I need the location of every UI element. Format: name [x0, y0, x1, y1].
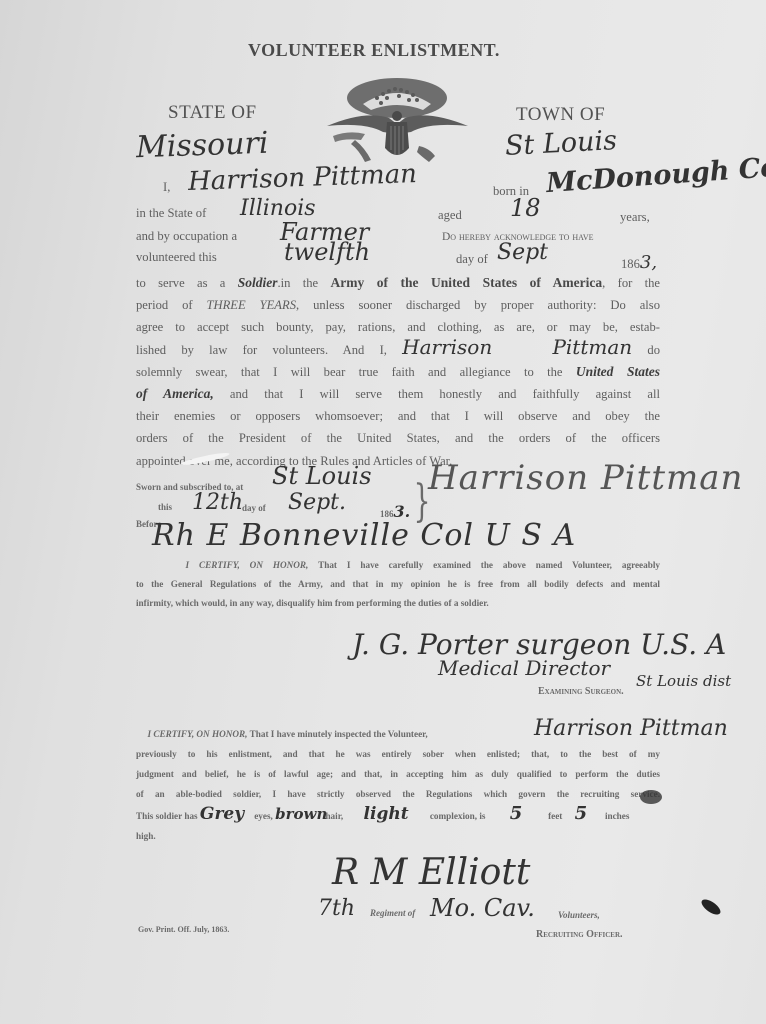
surgeon-line-1: I CERTIFY, ON HONOR, That I have careful… — [136, 556, 660, 575]
recruiting-officer-signature: R M Elliott — [332, 852, 530, 893]
regiment-value-handwritten: Mo. Cav. — [430, 894, 535, 922]
recruiting-line-6: high. — [136, 826, 660, 846]
eye-color-handwritten: Grey — [200, 804, 252, 824]
volunteer-name-handwritten: Harrison Pittman — [188, 159, 418, 197]
surgeon-certify-lead: I CERTIFY, ON HONOR, — [186, 560, 309, 570]
regiment-label: Regiment of — [370, 908, 415, 918]
volunteers-label: Volunteers, — [558, 910, 600, 920]
recruiting-officer-label: Recruiting Officer. — [536, 929, 623, 940]
regiment-number-handwritten: 7th — [318, 896, 355, 921]
aged-label: aged — [438, 208, 462, 223]
united-states-emphasis: United States — [576, 364, 660, 379]
town-label: TOWN OF — [516, 104, 605, 126]
volunteer-signature: Harrison Pittman — [428, 458, 743, 498]
year-suffix-handwritten: 3, — [640, 252, 657, 273]
hair-color-handwritten: brown — [275, 804, 323, 824]
surgeon-certificate: I CERTIFY, ON HONOR, That I have careful… — [136, 556, 660, 613]
recruiting-line-3: judgment and belief, he is of lawful age… — [136, 764, 660, 784]
i-label: I, — [163, 180, 170, 195]
sworn-place-handwritten: St Louis — [272, 462, 372, 490]
recruiting-certify-lead: I CERTIFY, ON HONOR, — [147, 729, 247, 739]
month-handwritten: Sept — [497, 240, 548, 265]
surgeon-title-handwritten: Medical Director — [438, 656, 610, 680]
army-usa-gothic: Army of the United States of America — [330, 275, 602, 290]
complexion-handwritten: light — [364, 804, 428, 824]
oath-line-5: solemnly swear, that I will bear true fa… — [136, 361, 660, 383]
oath-line-7: their enemies or opposers whomsoever; an… — [136, 405, 660, 427]
height-feet-handwritten: 5 — [510, 804, 546, 824]
occupation-label: and by occupation a — [136, 229, 237, 244]
recruit-name-handwritten: Harrison Pittman — [534, 716, 728, 741]
state-label: STATE OF — [168, 102, 257, 124]
recruiting-certificate: I CERTIFY, ON HONOR, That I have minutel… — [136, 724, 660, 846]
surgeon-line-2: to the General Regulations of the Army, … — [136, 575, 660, 594]
surgeon-district-handwritten: St Louis dist — [636, 672, 731, 690]
oath-line-8: orders of the President of the United St… — [136, 427, 660, 449]
height-inches-handwritten: 5 — [575, 804, 603, 824]
of-america-emphasis: of America, — [136, 386, 214, 401]
ink-blot — [640, 790, 662, 804]
age-handwritten: 18 — [510, 194, 541, 222]
document-title: VOLUNTEER ENLISTMENT. — [248, 40, 500, 61]
recruiting-line-2: previously to his enlistment, and that h… — [136, 744, 660, 764]
soldier-word: Soldier — [238, 275, 278, 290]
oath-paragraph: to serve as a Soldier.in the Army of the… — [136, 272, 660, 472]
town-value-handwritten: St Louis — [504, 125, 617, 162]
sworn-day-handwritten: 12th — [192, 490, 243, 515]
oath-line-4: lished by law for volunteers. And I, Har… — [136, 339, 660, 361]
enlistment-document: VOLUNTEER ENLISTMENT. STATE OF TOWN OF M… — [0, 0, 766, 1024]
oath-line-2: period of THREE YEARS, unless sooner dis… — [136, 294, 660, 316]
sworn-month-handwritten: Sept. — [288, 490, 346, 515]
officer-signature: Rh E Bonneville Col U S A — [152, 518, 576, 553]
ink-blot — [699, 897, 723, 918]
sworn-day-of-label: day of — [242, 503, 266, 513]
eagle-emblem-icon — [325, 76, 470, 168]
recruiting-line-4: of an able-bodied soldier, I have strict… — [136, 784, 660, 804]
three-years-term: THREE YEARS — [207, 298, 296, 312]
recruiting-line-5: This soldier has Grey eyes, brown hair, … — [136, 804, 660, 826]
birthplace-handwritten: McDonough Co — [545, 152, 766, 199]
year-prefix: 186 — [621, 257, 640, 271]
years-label: years, — [620, 210, 650, 225]
day-of-label: day of — [456, 252, 488, 267]
this-label: this — [158, 502, 172, 512]
printer-imprint: Gov. Print. Off. July, 1863. — [138, 925, 229, 934]
day-handwritten: twelfth — [284, 238, 370, 266]
examining-surgeon-label: Examining Surgeon. — [538, 686, 624, 697]
state-of-label: in the State of — [136, 206, 206, 221]
oath-name-handwritten: Harrison Pittman — [402, 336, 632, 358]
oath-line-1: to serve as a Soldier.in the Army of the… — [136, 272, 660, 294]
oath-line-6: of America, and that I will serve them h… — [136, 383, 660, 405]
surgeon-line-3: infirmity, which would, in any way, disq… — [136, 594, 660, 613]
state-value-handwritten: Missouri — [135, 126, 269, 166]
volunteered-label: volunteered this — [136, 250, 217, 265]
